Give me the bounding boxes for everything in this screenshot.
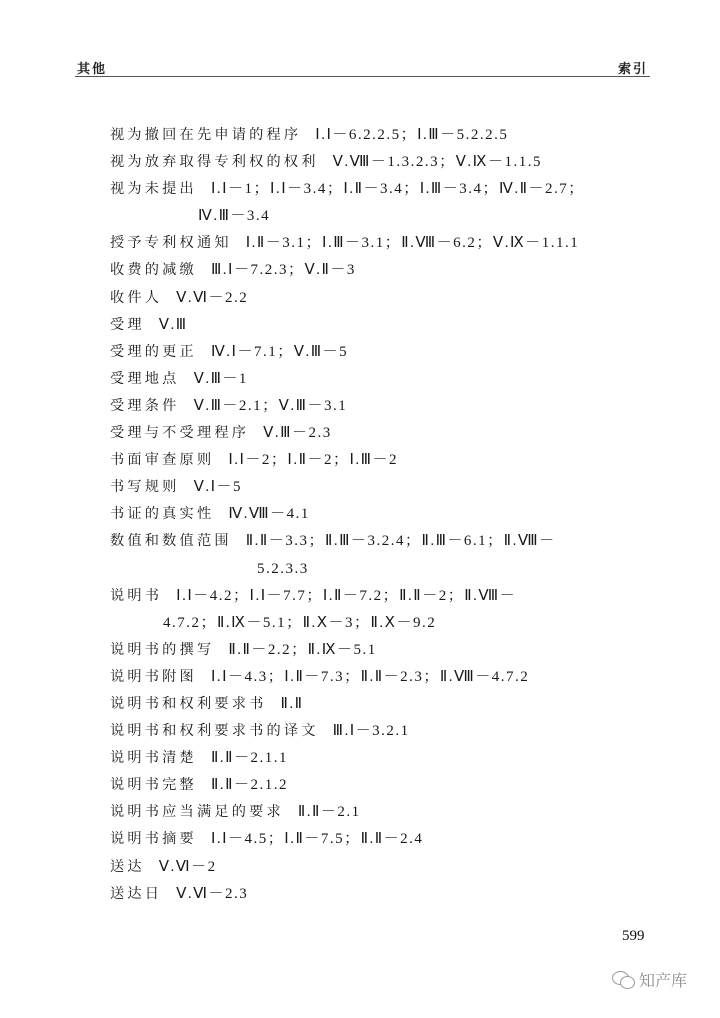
header-index-label: 索引 [618,58,648,77]
index-entry: 说明书附图Ⅰ.Ⅰ－4.3；Ⅰ.Ⅱ－7.3；Ⅱ.Ⅱ－2.3；Ⅱ.Ⅷ－4.7.2 [110,664,650,691]
index-references: Ⅰ.Ⅰ－4.3；Ⅰ.Ⅱ－7.3；Ⅱ.Ⅱ－2.3；Ⅱ.Ⅷ－4.7.2 [211,669,529,685]
index-term: 说明书和权利要求书的译文 [110,723,319,739]
index-references: Ⅴ.Ⅵ－2.3 [176,886,248,902]
index-entry: 受理的更正Ⅳ.Ⅰ－7.1；Ⅴ.Ⅲ－5 [110,339,650,366]
running-header: 其他 索引 [75,58,650,77]
index-references: Ⅱ.Ⅱ－2.1.1 [211,750,288,766]
index-entry: 说明书和权利要求书的译文Ⅲ.Ⅰ－3.2.1 [110,718,650,745]
index-term: 说明书摘要 [110,831,197,847]
index-term: 说明书和权利要求书 [110,696,267,712]
index-term: 收件人 [110,290,162,306]
index-term: 视为撤回在先申请的程序 [110,127,301,143]
index-references: Ⅱ.Ⅱ－2.2；Ⅱ.Ⅸ－5.1 [228,642,376,658]
index-references: Ⅰ.Ⅰ－6.2.2.5；Ⅰ.Ⅲ－5.2.2.5 [315,127,508,143]
watermark: 知产库 [612,968,687,991]
page-number: 599 [622,928,645,945]
index-term: 说明书 [110,588,162,604]
index-references: Ⅴ.Ⅲ [159,317,188,333]
index-entry: 书面审查原则Ⅰ.Ⅰ－2；Ⅰ.Ⅱ－2；Ⅰ.Ⅲ－2 [110,447,650,474]
index-entry: 受理Ⅴ.Ⅲ [110,312,650,339]
index-term: 视为未提出 [110,181,197,197]
index-references-continued: 4.7.2；Ⅱ.Ⅸ－5.1；Ⅱ.Ⅹ－3；Ⅱ.Ⅹ－9.2 [110,610,650,637]
index-term: 说明书应当满足的要求 [110,804,284,820]
index-references: Ⅴ.Ⅲ－2.3 [263,425,332,441]
index-references: Ⅴ.Ⅲ－2.1；Ⅴ.Ⅲ－3.1 [194,398,348,414]
index-term: 说明书的撰写 [110,642,214,658]
index-term: 书写规则 [110,479,180,495]
index-term: 受理地点 [110,371,180,387]
index-entry-list: 视为撤回在先申请的程序Ⅰ.Ⅰ－6.2.2.5；Ⅰ.Ⅲ－5.2.2.5视为放弃取得… [110,122,650,908]
index-term: 书面审查原则 [110,452,214,468]
index-entry: 收件人Ⅴ.Ⅵ－2.2 [110,285,650,312]
index-entry: 说明书摘要Ⅰ.Ⅰ－4.5；Ⅰ.Ⅱ－7.5；Ⅱ.Ⅱ－2.4 [110,826,650,853]
index-entry: 说明书和权利要求书Ⅱ.Ⅱ [110,691,650,718]
index-entry: 书证的真实性Ⅳ.Ⅷ－4.1 [110,501,650,528]
index-references: Ⅴ.Ⅵ－2 [159,859,217,875]
index-references: Ⅴ.Ⅲ－1 [194,371,248,387]
index-entry: 说明书完整Ⅱ.Ⅱ－2.1.2 [110,772,650,799]
index-entry: 收费的减缴Ⅲ.Ⅰ－7.2.3；Ⅴ.Ⅱ－3 [110,257,650,284]
index-entry: 送达日Ⅴ.Ⅵ－2.3 [110,881,650,908]
index-term: 送达 [110,859,145,875]
index-entry: 数值和数值范围Ⅱ.Ⅱ－3.3；Ⅱ.Ⅲ－3.2.4；Ⅱ.Ⅲ－6.1；Ⅱ.Ⅷ－ [110,528,650,555]
index-entry: 受理与不受理程序Ⅴ.Ⅲ－2.3 [110,420,650,447]
wechat-icon [612,970,636,990]
index-entry: 送达Ⅴ.Ⅵ－2 [110,854,650,881]
index-entry: 书写规则Ⅴ.Ⅰ－5 [110,474,650,501]
index-references: Ⅰ.Ⅰ－4.2；Ⅰ.Ⅰ－7.7；Ⅰ.Ⅱ－7.2；Ⅱ.Ⅱ－2；Ⅱ.Ⅷ－ [176,588,516,604]
index-term: 受理与不受理程序 [110,425,249,441]
index-term: 说明书清楚 [110,750,197,766]
index-term: 受理 [110,317,145,333]
index-term: 收费的减缴 [110,262,197,278]
index-references: Ⅰ.Ⅰ－1；Ⅰ.Ⅰ－3.4；Ⅰ.Ⅱ－3.4；Ⅰ.Ⅲ－3.4；Ⅳ.Ⅱ－2.7； [211,181,585,197]
index-references: Ⅲ.Ⅰ－7.2.3；Ⅴ.Ⅱ－3 [211,262,356,278]
index-references: Ⅰ.Ⅰ－2；Ⅰ.Ⅱ－2；Ⅰ.Ⅲ－2 [228,452,398,468]
index-references: Ⅴ.Ⅰ－5 [194,479,242,495]
index-entry: 说明书的撰写Ⅱ.Ⅱ－2.2；Ⅱ.Ⅸ－5.1 [110,637,650,664]
index-entry: 视为放弃取得专利权的权利Ⅴ.Ⅷ－1.3.2.3；Ⅴ.Ⅸ－1.1.5 [110,149,650,176]
index-references: Ⅱ.Ⅱ－2.1 [298,804,361,820]
index-entry: 视为撤回在先申请的程序Ⅰ.Ⅰ－6.2.2.5；Ⅰ.Ⅲ－5.2.2.5 [110,122,650,149]
index-references-continued: Ⅳ.Ⅲ－3.4 [110,203,650,230]
index-entry: 视为未提出Ⅰ.Ⅰ－1；Ⅰ.Ⅰ－3.4；Ⅰ.Ⅱ－3.4；Ⅰ.Ⅲ－3.4；Ⅳ.Ⅱ－2… [110,176,650,203]
index-references: Ⅱ.Ⅱ－3.3；Ⅱ.Ⅲ－3.2.4；Ⅱ.Ⅲ－6.1；Ⅱ.Ⅷ－ [246,533,556,549]
index-references: Ⅱ.Ⅱ [281,696,304,712]
index-entry: 说明书Ⅰ.Ⅰ－4.2；Ⅰ.Ⅰ－7.7；Ⅰ.Ⅱ－7.2；Ⅱ.Ⅱ－2；Ⅱ.Ⅷ－ [110,583,650,610]
index-references: Ⅴ.Ⅵ－2.2 [176,290,248,306]
index-references: Ⅲ.Ⅰ－3.2.1 [333,723,410,739]
index-term: 数值和数值范围 [110,533,232,549]
index-entry: 说明书应当满足的要求Ⅱ.Ⅱ－2.1 [110,799,650,826]
index-entry: 受理条件Ⅴ.Ⅲ－2.1；Ⅴ.Ⅲ－3.1 [110,393,650,420]
index-references: Ⅰ.Ⅰ－4.5；Ⅰ.Ⅱ－7.5；Ⅱ.Ⅱ－2.4 [211,831,423,847]
header-section-label: 其他 [77,58,107,77]
index-references: Ⅳ.Ⅰ－7.1；Ⅴ.Ⅲ－5 [211,344,348,360]
index-entry: 授予专利权通知Ⅰ.Ⅱ－3.1；Ⅰ.Ⅲ－3.1；Ⅱ.Ⅷ－6.2；Ⅴ.Ⅸ－1.1.1 [110,230,650,257]
index-entry: 说明书清楚Ⅱ.Ⅱ－2.1.1 [110,745,650,772]
index-references-continued: 5.2.3.3 [110,556,650,583]
index-term: 受理的更正 [110,344,197,360]
index-entry: 受理地点Ⅴ.Ⅲ－1 [110,366,650,393]
watermark-text: 知产库 [639,968,687,991]
index-references: Ⅱ.Ⅱ－2.1.2 [211,777,288,793]
index-term: 说明书附图 [110,669,197,685]
index-term: 送达日 [110,886,162,902]
index-term: 视为放弃取得专利权的权利 [110,154,319,170]
index-term: 说明书完整 [110,777,197,793]
index-term: 书证的真实性 [110,506,214,522]
index-references: Ⅳ.Ⅷ－4.1 [228,506,310,522]
index-references: Ⅰ.Ⅱ－3.1；Ⅰ.Ⅲ－3.1；Ⅱ.Ⅷ－6.2；Ⅴ.Ⅸ－1.1.1 [246,235,579,251]
index-references: Ⅴ.Ⅷ－1.3.2.3；Ⅴ.Ⅸ－1.1.5 [333,154,542,170]
index-term: 受理条件 [110,398,180,414]
index-term: 授予专利权通知 [110,235,232,251]
